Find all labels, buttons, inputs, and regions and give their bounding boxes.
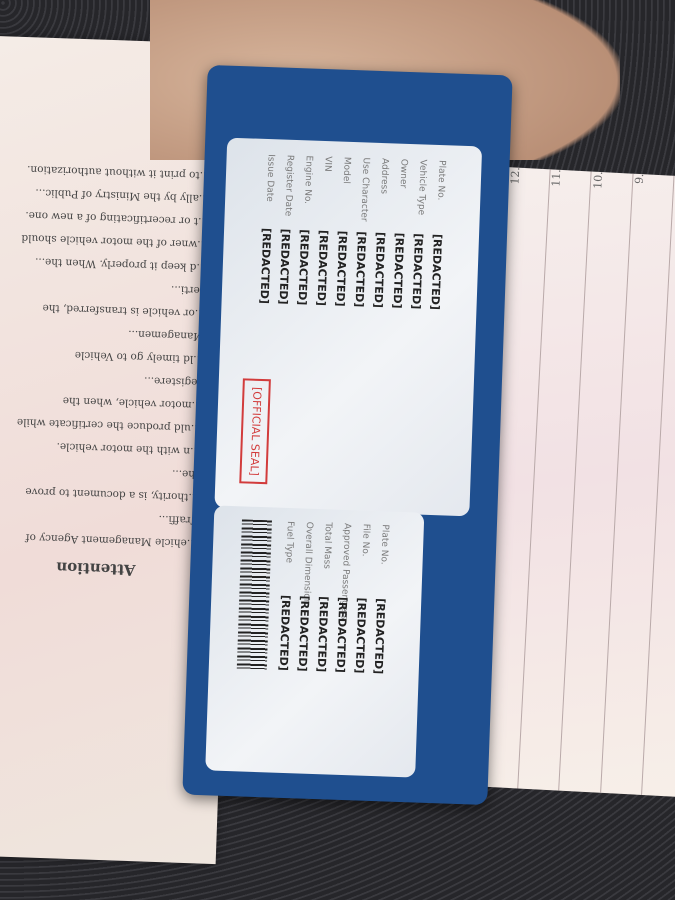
- plastic-sleeve: Plate No.[REDACTED]Vehicle Type[REDACTED…: [182, 65, 512, 805]
- notice-line: ...thority, is a document to prove the..…: [0, 455, 200, 508]
- field-value: [REDACTED]: [296, 595, 312, 671]
- field-label: Plate No.: [375, 524, 390, 588]
- registration-card-secondary: Plate No.[REDACTED]File No.[REDACTED]App…: [205, 505, 424, 777]
- field-value: [REDACTED]: [333, 230, 349, 306]
- card-field: Total Mass[REDACTED]: [312, 522, 333, 762]
- field-value: [REDACTED]: [390, 232, 406, 308]
- field-label: Engine No.: [298, 155, 313, 219]
- field-value: [REDACTED]: [409, 233, 425, 309]
- field-label: Total Mass: [318, 522, 333, 586]
- field-label: VIN: [317, 156, 332, 220]
- field-label: Overall Dimension: [299, 521, 314, 585]
- field-value: [REDACTED]: [372, 598, 388, 674]
- notice-line: ...motor vehicle, when the registere...: [1, 363, 202, 416]
- registration-card-main: Plate No.[REDACTED]Vehicle Type[REDACTED…: [214, 138, 482, 517]
- field-value: [REDACTED]: [315, 596, 331, 672]
- field-label: Vehicle Type: [412, 159, 427, 223]
- field-value: [REDACTED]: [314, 230, 330, 306]
- notice-line: ...or vehicle is transferred, the certi.…: [5, 271, 206, 324]
- card-field: Fuel Type[REDACTED]: [274, 520, 295, 760]
- field-label: Owner: [393, 158, 408, 222]
- field-label: Fuel Type: [280, 520, 295, 584]
- notice-line: ...ehicle Management Agency of Traffi...: [0, 501, 198, 554]
- field-value: [REDACTED]: [353, 597, 369, 673]
- attention-notice: Attention ...ehicle Management Agency of…: [0, 157, 210, 584]
- card-field: File No.[REDACTED]: [350, 523, 371, 763]
- field-value: [REDACTED]: [352, 231, 368, 307]
- official-seal: [OFFICIAL SEAL]: [239, 378, 271, 484]
- field-value: [REDACTED]: [277, 594, 293, 670]
- field-label: Address: [374, 158, 389, 222]
- field-label: File No.: [356, 523, 371, 587]
- card-field: Approved Passengers[REDACTED]: [331, 522, 352, 762]
- field-label: Register Date: [279, 155, 294, 219]
- field-label: Use Character: [355, 157, 370, 221]
- card-field: Overall Dimension[REDACTED]: [293, 521, 314, 761]
- field-value: [REDACTED]: [334, 596, 350, 672]
- field-label: Approved Passengers: [337, 522, 352, 586]
- field-label: Model: [336, 157, 351, 221]
- field-value: [REDACTED]: [257, 228, 273, 304]
- field-value: [REDACTED]: [276, 228, 292, 304]
- field-label: Plate No.: [431, 160, 446, 224]
- field-value: [REDACTED]: [295, 229, 311, 305]
- field-value: [REDACTED]: [428, 234, 444, 310]
- notice-line: ...ld timely go to Vehicle Managemen...: [3, 317, 204, 370]
- card-field: Plate No.[REDACTED]: [369, 524, 390, 764]
- field-value: [REDACTED]: [371, 232, 387, 308]
- notice-heading: Attention: [0, 553, 196, 583]
- field-label: Issue Date: [260, 154, 275, 218]
- barcode: [237, 519, 272, 670]
